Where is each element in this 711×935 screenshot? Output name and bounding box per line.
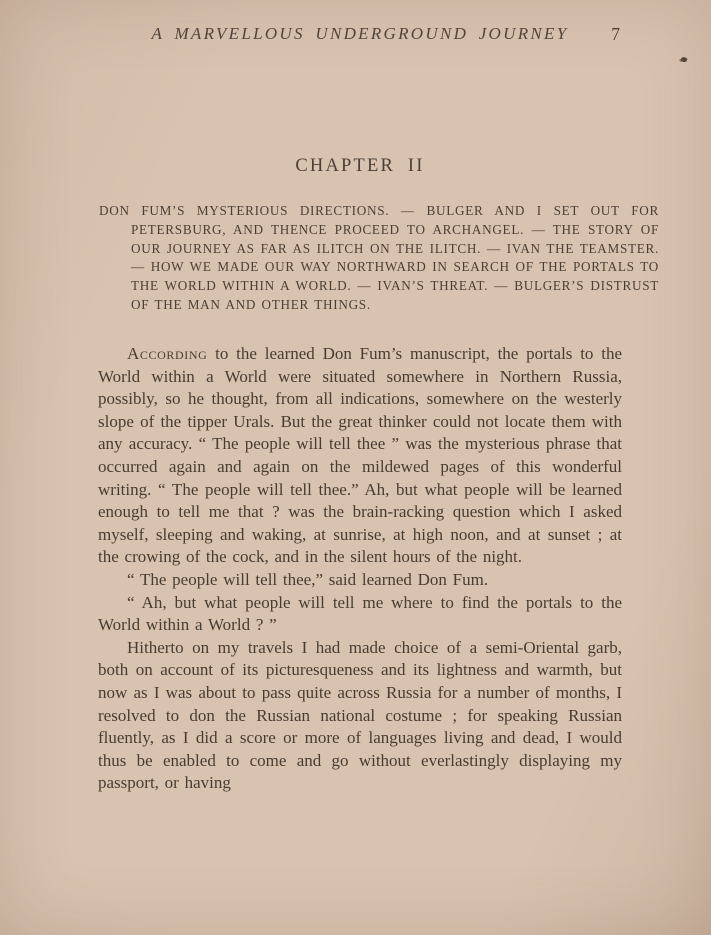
ink-speck [680,56,688,63]
paragraph-2: “ The people will tell thee,” said learn… [98,569,622,592]
book-page: A MARVELLOUS UNDERGROUND JOURNEY 7 CHAPT… [0,0,711,935]
paragraph-3: “ Ah, but what people will tell me where… [98,592,622,637]
paragraph-1-text: to the learned Don Fum’s manuscript, the… [98,344,622,566]
chapter-heading: CHAPTER II [98,156,622,177]
chapter-synopsis: DON FUM’S MYSTERIOUS DIRECTIONS. — BULGE… [99,202,659,315]
body-text: According to the learned Don Fum’s manus… [98,343,622,795]
running-header: A MARVELLOUS UNDERGROUND JOURNEY 7 [98,24,622,44]
paragraph-4: Hitherto on my travels I had made choice… [98,637,622,795]
paragraph-1-lead: According [127,344,207,363]
paragraph-1: According to the learned Don Fum’s manus… [98,343,622,569]
page-number: 7 [611,24,620,45]
running-title: A MARVELLOUS UNDERGROUND JOURNEY [152,24,569,43]
